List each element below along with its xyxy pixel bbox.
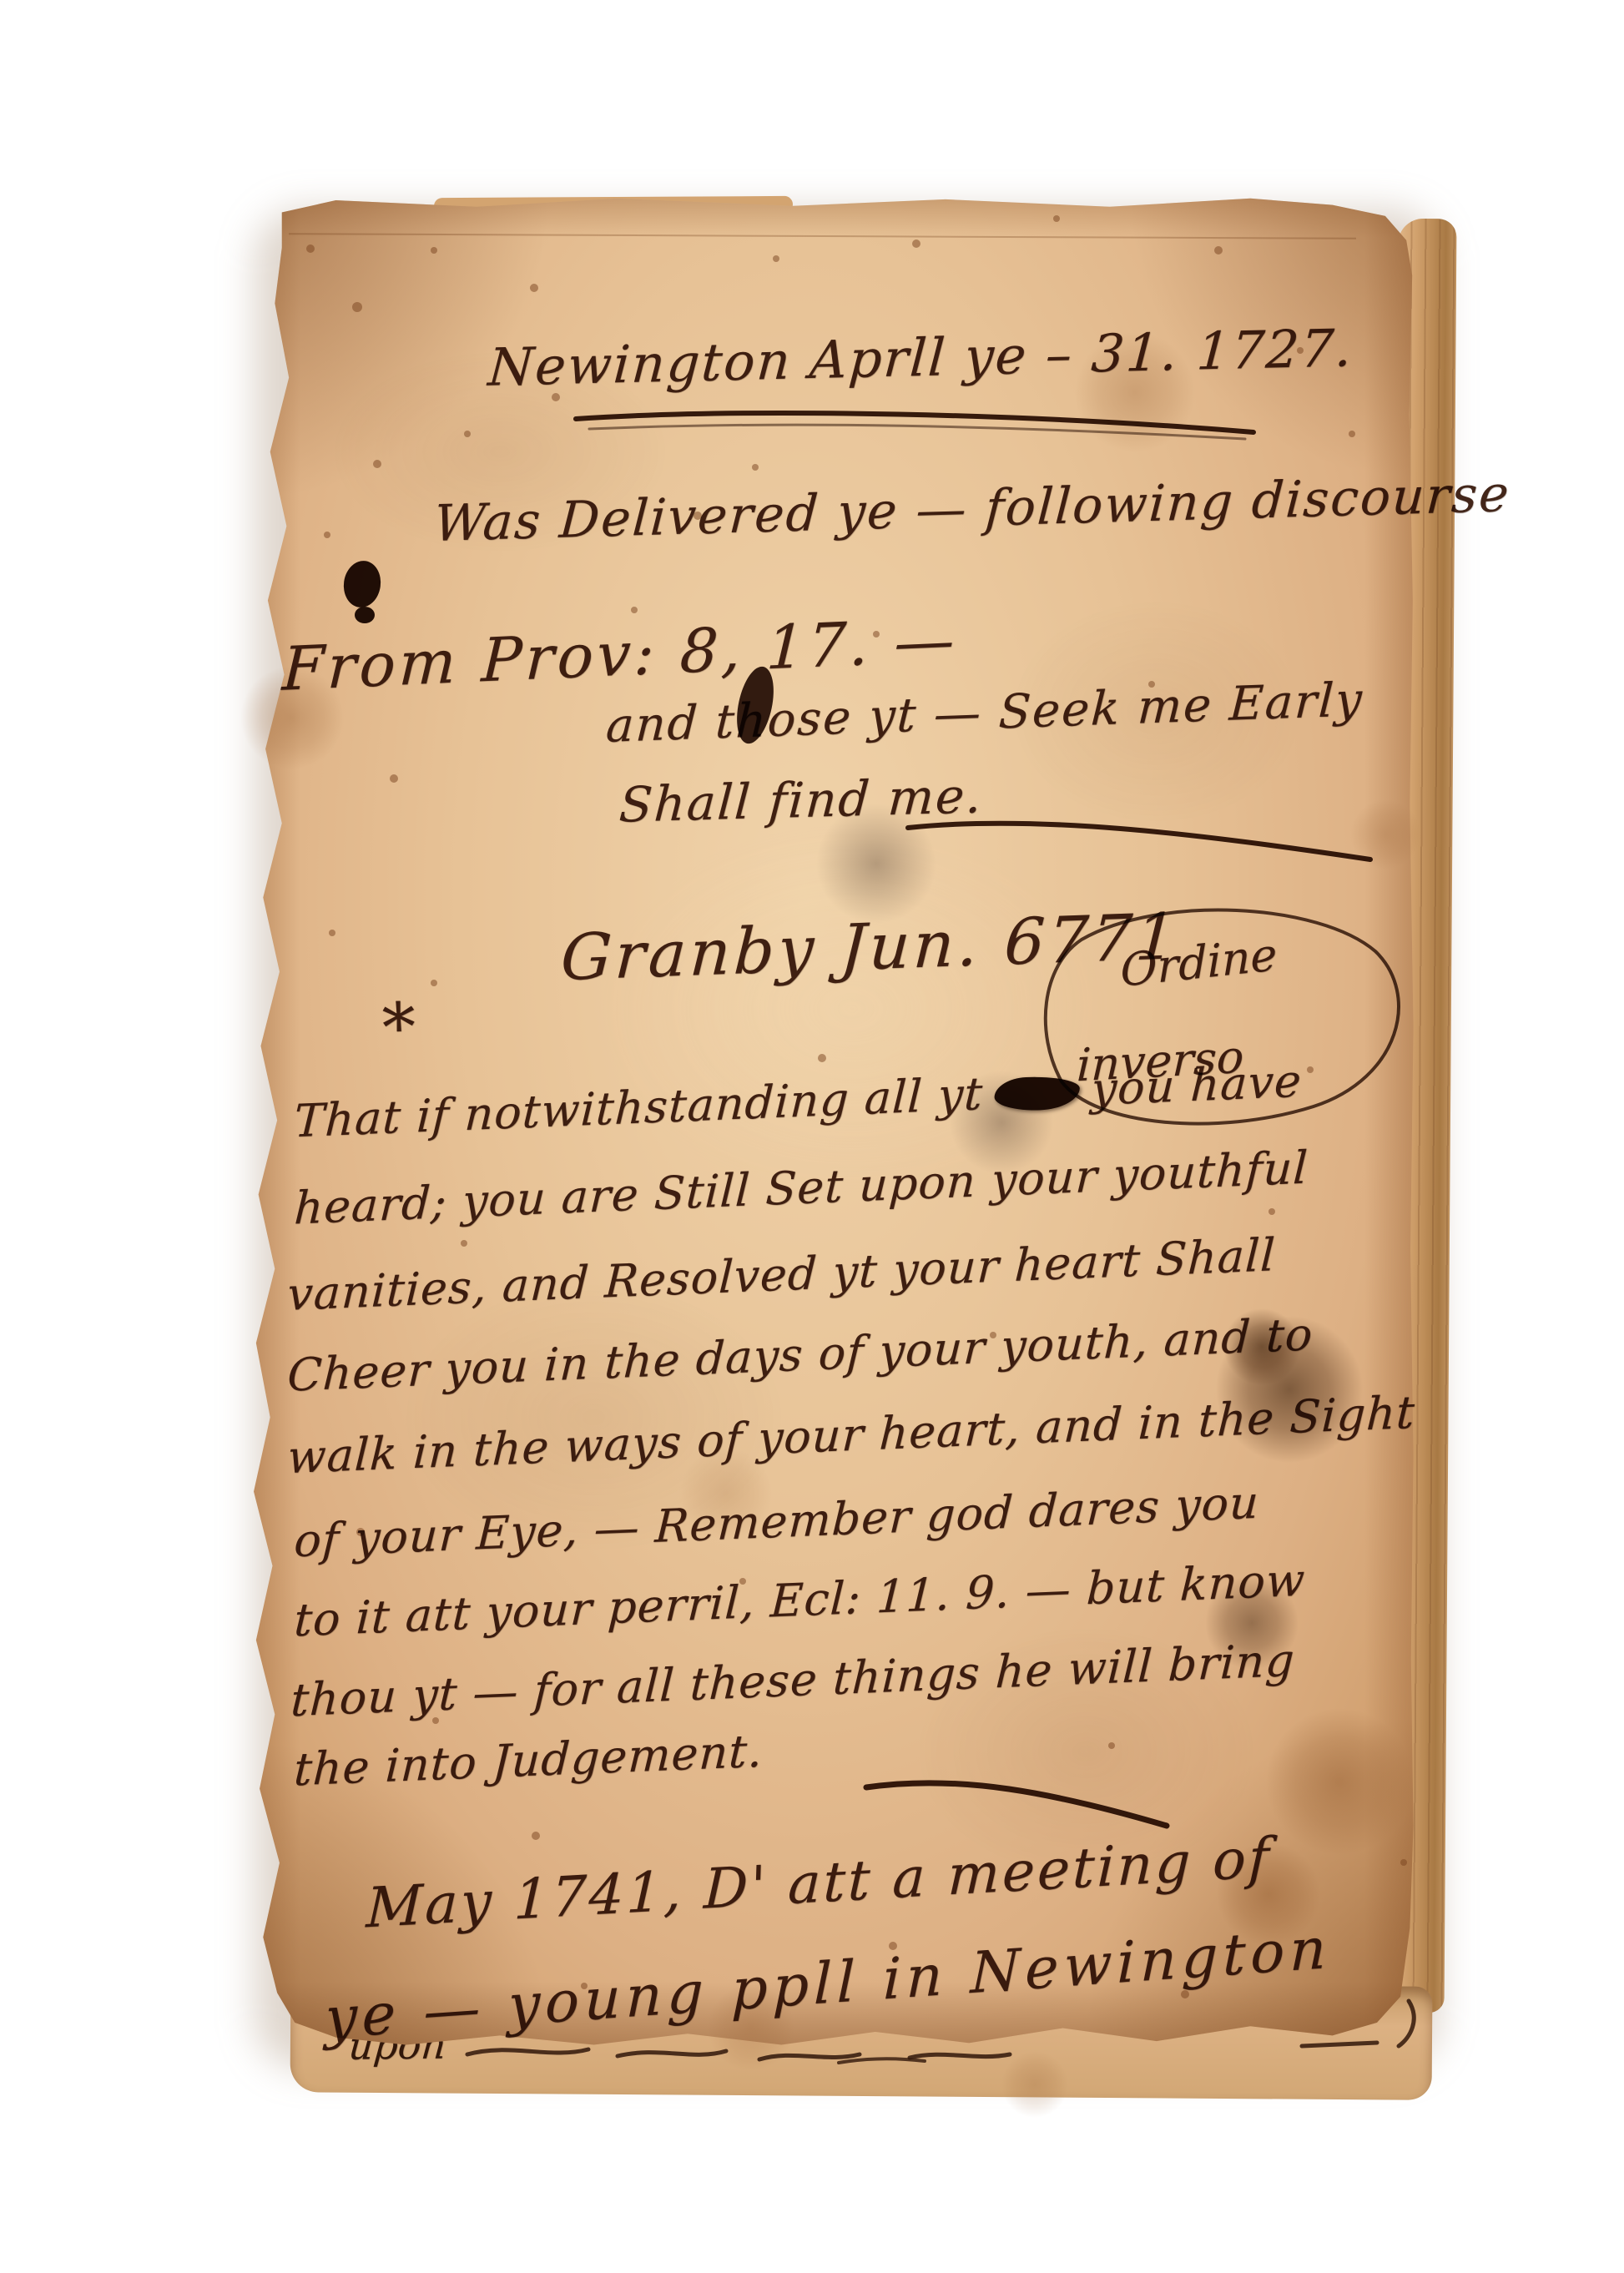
verse-line-2: Shall find me. [618, 767, 985, 834]
body-line-1-post: you have [1090, 1055, 1303, 1116]
struck-word-blot [994, 1075, 1081, 1111]
manuscript-photo: upon [0, 0, 1624, 2273]
footnote-mark: * [381, 988, 416, 1066]
